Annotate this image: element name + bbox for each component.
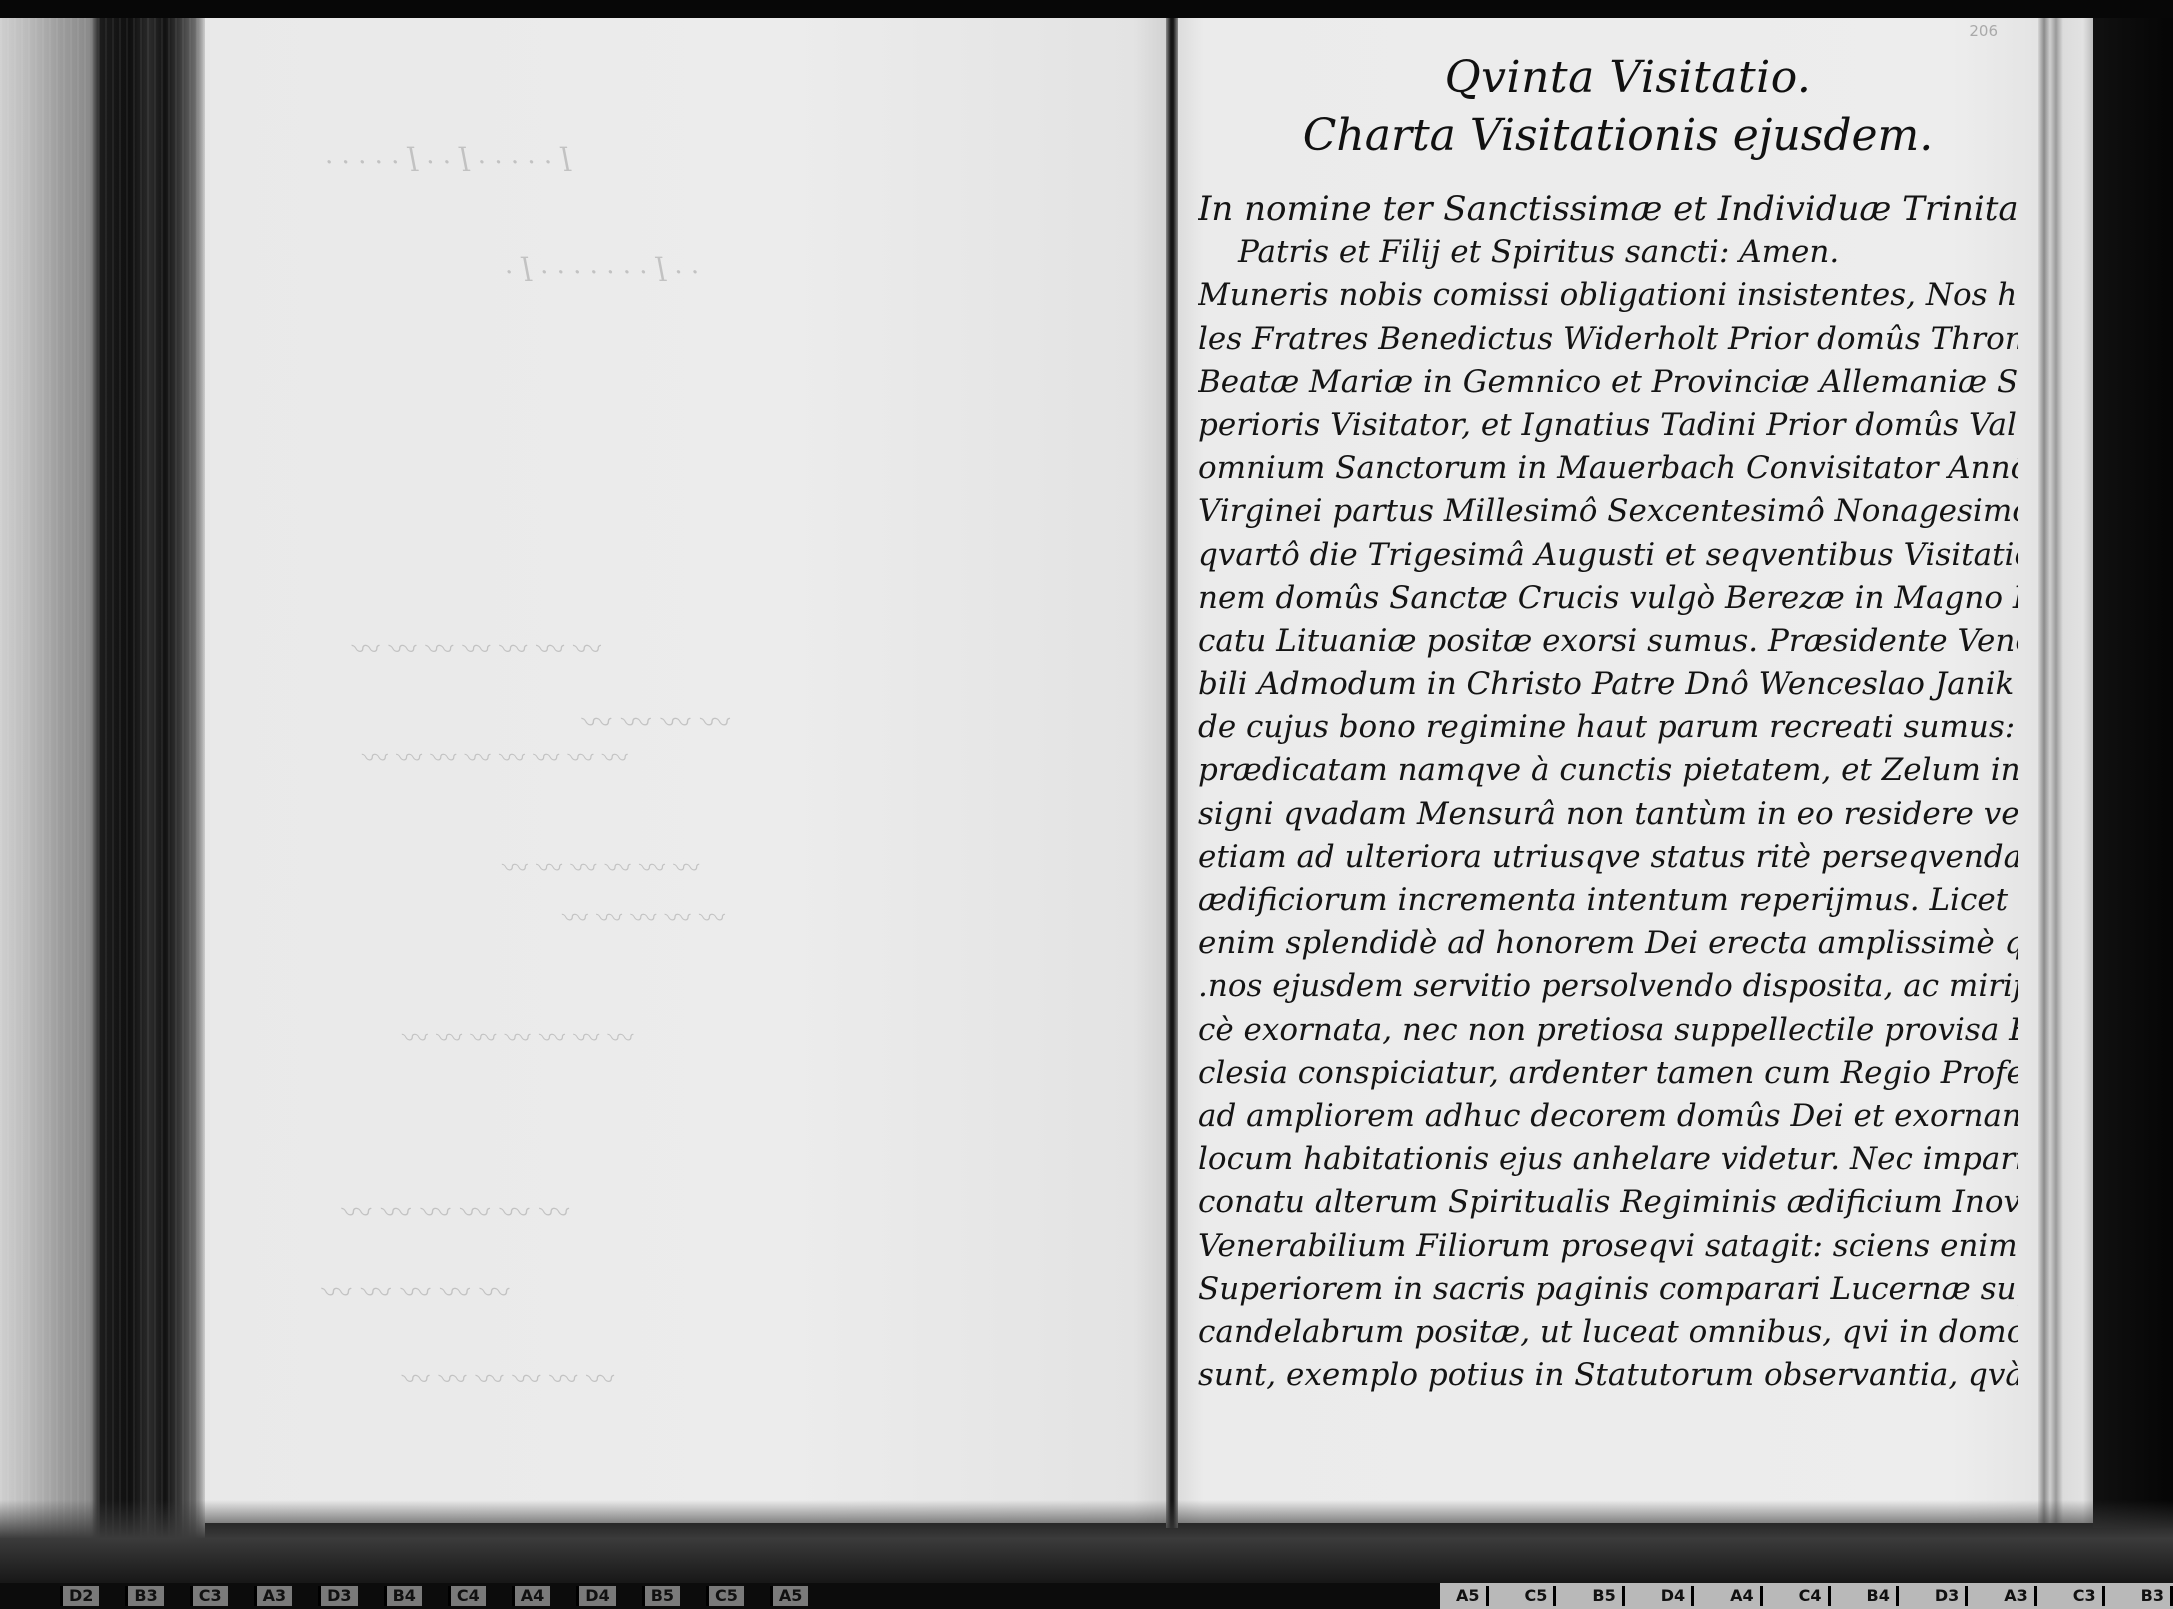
calibration-label: C5 bbox=[706, 1586, 744, 1606]
book-fore-edge-left bbox=[0, 18, 205, 1538]
calibration-label: D3 bbox=[1929, 1586, 1968, 1606]
text-line: Virginei partus Millesimô Sexcentesimô N… bbox=[1198, 490, 2018, 533]
text-line: omnium Sanctorum in Mauerbach Convisitat… bbox=[1198, 447, 2018, 490]
calibration-label: A3 bbox=[254, 1586, 293, 1606]
right-page: 206 Qvinta Visitatio. Charta Visitationi… bbox=[1178, 18, 2038, 1523]
text-line: cè exornata, nec non pretiosa suppellect… bbox=[1198, 1009, 2018, 1052]
text-line: prædicatam namqve à cunctis pietatem, et… bbox=[1198, 749, 2018, 792]
calibration-label: D4 bbox=[576, 1586, 615, 1606]
calibration-label: D2 bbox=[60, 1586, 99, 1606]
text-line: Beatæ Mariæ in Gemnico et Provinciæ Alle… bbox=[1198, 361, 2018, 404]
calibration-label: B5 bbox=[642, 1586, 680, 1606]
text-line: In nomine ter Sanctissimæ et Individuæ T… bbox=[1198, 188, 2018, 231]
text-line: etiam ad ulteriora utriusqve status ritè… bbox=[1198, 836, 2018, 879]
text-line: ædificiorum incrementa intentum reperijm… bbox=[1198, 879, 2018, 922]
text-line: .nos ejusdem servitio persolvendo dispos… bbox=[1198, 965, 2018, 1008]
text-line: enim splendidè ad honorem Dei erecta amp… bbox=[1198, 922, 2018, 965]
color-calibration-strip: D2 B3 C3 A3 D3 B4 C4 A4 D4 B5 C5 A5 A5 C… bbox=[0, 1583, 2173, 1609]
calibration-label: B3 bbox=[125, 1586, 163, 1606]
text-line: Superiorem in sacris paginis comparari L… bbox=[1198, 1268, 2018, 1311]
text-line: Venerabilium Filiorum proseqvi satagit: … bbox=[1198, 1225, 2018, 1268]
text-line: perioris Visitator, et Ignatius Tadini P… bbox=[1198, 404, 2018, 447]
bleed-through-text: 〰 〰 〰 〰 bbox=[585, 698, 734, 742]
calibration-label: A5 bbox=[770, 1586, 809, 1606]
heading-title: Qvinta Visitatio. bbox=[1178, 52, 2038, 103]
text-line: sunt, exemplo potius in Statutorum obser… bbox=[1198, 1354, 2018, 1397]
text-line: signi qvadam Mensurâ non tantùm in eo re… bbox=[1198, 793, 2018, 836]
text-line: nem domûs Sanctæ Crucis vulgò Berezæ in … bbox=[1198, 577, 2018, 620]
text-line: clesia conspiciatur, ardenter tamen cum … bbox=[1198, 1052, 2018, 1095]
calibration-labels-right: A5 C5 B5 D4 A4 C4 B4 D3 A3 C3 B3 D2 bbox=[1440, 1583, 2173, 1609]
scan-right-border bbox=[2093, 18, 2173, 1528]
text-line: les Fratres Benedictus Widerholt Prior d… bbox=[1198, 318, 2018, 361]
text-line: conatu alterum Spiritualis Regiminis ædi… bbox=[1198, 1181, 2018, 1224]
heading-subtitle: Charta Visitationis ejusdem. bbox=[1178, 110, 2038, 161]
bleed-through-text: 〰 〰 〰 〰 〰 bbox=[325, 1268, 513, 1312]
scan-top-border bbox=[0, 0, 2173, 18]
bleed-through-text: · · ꟾ · · · · · · · ꟾ · bbox=[505, 258, 699, 288]
bleed-through-text: 〰 〰 〰 〰 〰 〰 bbox=[345, 1188, 573, 1232]
bleed-through-text: 〰 〰 〰 〰 〰 〰 bbox=[505, 848, 702, 885]
calibration-label: C3 bbox=[2067, 1586, 2105, 1606]
text-line: Muneris nobis comissi obligationi insist… bbox=[1198, 274, 2018, 317]
bleed-through-text: 〰 〰 〰 〰 〰 bbox=[565, 898, 728, 935]
left-page: ꟾ · · · · · ꟾ · · ꟾ · · · · · · · ꟾ · · … bbox=[205, 18, 1172, 1523]
calibration-label: C4 bbox=[448, 1586, 486, 1606]
calibration-label: A5 bbox=[1450, 1586, 1489, 1606]
text-line: qvartô die Trigesimâ Augusti et seqventi… bbox=[1198, 534, 2018, 577]
calibration-label: B5 bbox=[1586, 1586, 1624, 1606]
calibration-label: A3 bbox=[1998, 1586, 2037, 1606]
calibration-label: D4 bbox=[1655, 1586, 1694, 1606]
calibration-label: D3 bbox=[318, 1586, 357, 1606]
text-line: locum habitationis ejus anhelare videtur… bbox=[1198, 1138, 2018, 1181]
text-line: de cujus bono regimine haut parum recrea… bbox=[1198, 706, 2018, 749]
calibration-label: C5 bbox=[1519, 1586, 1557, 1606]
calibration-label: B3 bbox=[2135, 1586, 2173, 1606]
text-line: catu Lituaniæ positæ exorsi sumus. Præsi… bbox=[1198, 620, 2018, 663]
calibration-label: B4 bbox=[1861, 1586, 1899, 1606]
bleed-through-text: ꟾ · · · · · ꟾ · · ꟾ · · · · · bbox=[325, 148, 571, 178]
book-bottom-edge bbox=[0, 1500, 2173, 1586]
bleed-through-text: 〰 〰 〰 〰 〰 〰 〰 bbox=[405, 1018, 637, 1055]
calibration-label: C3 bbox=[190, 1586, 228, 1606]
book-fore-edge-right bbox=[2038, 18, 2093, 1523]
text-line: candelabrum positæ, ut luceat omnibus, q… bbox=[1198, 1311, 2018, 1354]
bleed-through-text: 〰 〰 〰 〰 〰 〰 〰 〰 bbox=[365, 738, 631, 775]
manuscript-body: In nomine ter Sanctissimæ et Individuæ T… bbox=[1198, 188, 2018, 1397]
bleed-through-text: 〰 〰 〰 〰 〰 〰 bbox=[405, 1358, 618, 1398]
calibration-label: A4 bbox=[1724, 1586, 1763, 1606]
bleed-through-text: 〰 〰 〰 〰 〰 〰 〰 bbox=[355, 628, 604, 668]
text-line: Patris et Filij et Spiritus sancti: Amen… bbox=[1198, 231, 2018, 274]
book-gutter bbox=[1166, 18, 1178, 1528]
calibration-labels-left: D2 B3 C3 A3 D3 B4 C4 A4 D4 B5 C5 A5 bbox=[60, 1583, 834, 1609]
calibration-label: C4 bbox=[1793, 1586, 1831, 1606]
text-line: ad ampliorem adhuc decorem domûs Dei et … bbox=[1198, 1095, 2018, 1138]
text-line: bili Admodum in Christo Patre Dnô Wences… bbox=[1198, 663, 2018, 706]
page-number: 206 bbox=[1969, 22, 1998, 40]
calibration-label: A4 bbox=[512, 1586, 551, 1606]
calibration-label: B4 bbox=[384, 1586, 422, 1606]
